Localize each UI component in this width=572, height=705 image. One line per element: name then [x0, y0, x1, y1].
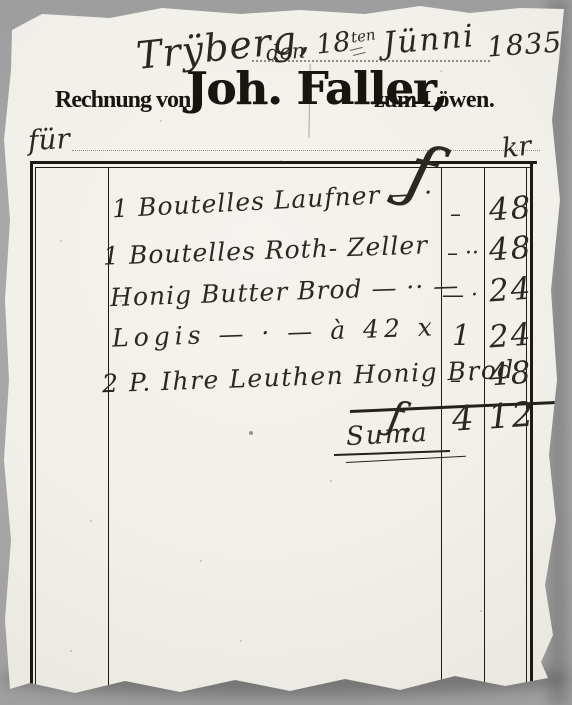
row-kreuzer-value: 24 [488, 320, 534, 354]
scanned-invoice: Trÿberg, den 18 ten Jünni 1835 Rechnung … [0, 0, 572, 705]
table-line-gulden-column [441, 167, 442, 701]
row-gulden-value: — · [442, 285, 478, 307]
row-description: Logis — · — à 42 x [112, 314, 438, 350]
invoice-paper: Trÿberg, den 18 ten Jünni 1835 Rechnung … [0, 0, 572, 705]
date-day: 18 [315, 28, 352, 58]
date-month: Jünni [382, 21, 477, 60]
title-suffix: zum Löwen. [374, 88, 494, 112]
total-label-underline-2 [346, 456, 466, 463]
table-border-top-inner [35, 167, 531, 168]
row-kreuzer-value: 48 [488, 193, 534, 227]
table-line-kreuzer-column [484, 167, 485, 701]
table-border-left-inner [35, 167, 36, 701]
fuer-dotted-rule [72, 150, 540, 151]
row-gulden-value: – · [450, 370, 475, 392]
row-gulden-value: – [450, 204, 461, 226]
row-description: Honig Butter Brod — ·· — [110, 273, 460, 310]
total-label: Suma [345, 420, 429, 450]
column-header-kreuzer: kr [501, 133, 533, 163]
total-kreuzer-value: 12 [487, 397, 537, 434]
row-description: 1 Boutelles Roth- Zeller [103, 232, 429, 268]
table-border-top-outer [30, 161, 537, 164]
row-kreuzer-value: 48 [488, 358, 534, 392]
table-border-left-outer [30, 161, 33, 701]
fuer-label: für [27, 125, 70, 155]
paper-specks [120, 300, 122, 302]
date-year: 1835 [486, 28, 563, 61]
total-gulden-value: 4 [451, 401, 477, 437]
row-gulden-value: 1 [452, 321, 470, 350]
title-prefix: Rechnung von [55, 88, 190, 112]
day-suffix-underline-2 [353, 52, 366, 56]
row-kreuzer-value: 48 [488, 233, 534, 267]
date-day-suffix: ten [350, 27, 376, 45]
row-description: 1 Boutelles Laufner — · [112, 180, 434, 222]
day-suffix-underline [350, 47, 363, 51]
row-gulden-value: – ·· [447, 243, 479, 265]
row-kreuzer-value: 24 [488, 274, 534, 308]
